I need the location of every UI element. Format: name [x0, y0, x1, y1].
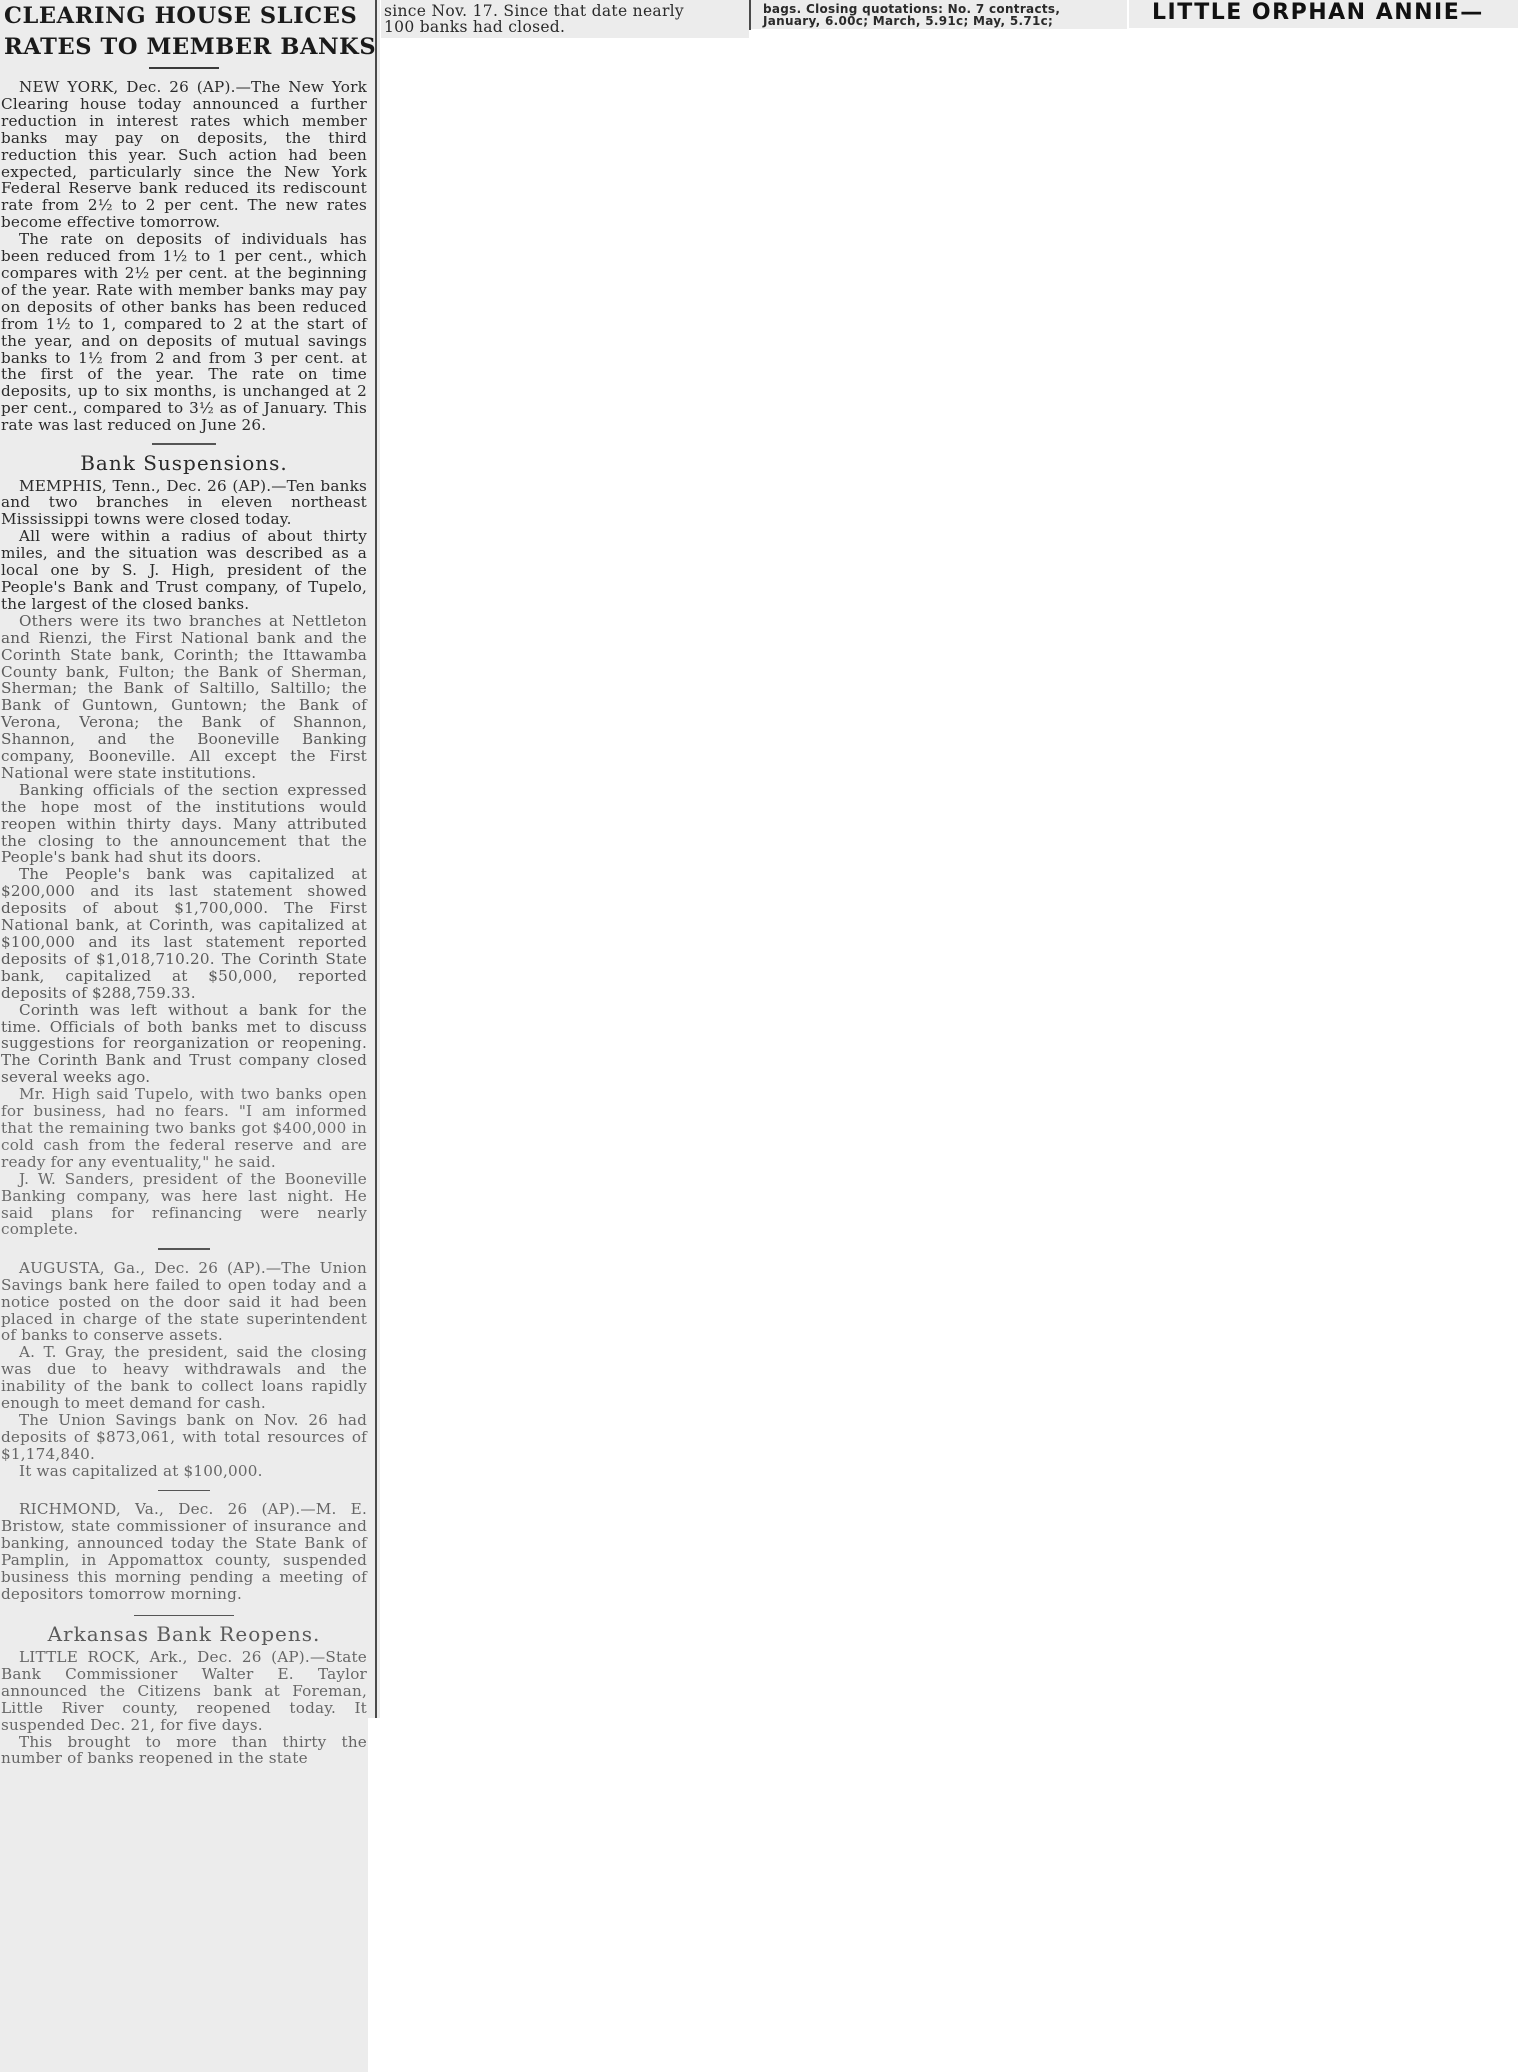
paragraph: RICHMOND, Va., Dec. 26 (AP).—M. E. Brist…: [1, 1501, 367, 1602]
paragraph: MEMPHIS, Tenn., Dec. 26 (AP).—Ten banks …: [1, 478, 367, 529]
paragraph: Others were its two branches at Nettleto…: [1, 613, 367, 782]
column-2-fragment: since Nov. 17. Since that date nearly 10…: [381, 0, 749, 38]
story-little-rock: LITTLE ROCK, Ark., Dec. 26 (AP).—State B…: [1, 1649, 367, 1767]
column-4-fragment: LITTLE ORPHAN ANNIE—: [1129, 0, 1518, 28]
section-divider: [134, 1615, 234, 1617]
subhead-bank-suspensions: Bank Suspensions.: [1, 451, 367, 475]
section-divider: [158, 1248, 210, 1250]
paragraph: LITTLE ROCK, Ark., Dec. 26 (AP).—State B…: [1, 1649, 367, 1734]
story-new-york: NEW YORK, Dec. 26 (AP).—The New York Cle…: [1, 79, 367, 434]
paragraph: This brought to more than thirty the num…: [1, 1734, 367, 1768]
paragraph: Corinth was left without a bank for the …: [1, 1002, 367, 1087]
paragraph: It was capitalized at $100,000.: [1, 1463, 367, 1480]
fragment-line: 100 banks had closed.: [384, 19, 749, 35]
paragraph: AUGUSTA, Ga., Dec. 26 (AP).—The Union Sa…: [1, 1260, 367, 1345]
fragment-line: January, 6.00c; March, 5.91c; May, 5.71c…: [763, 15, 1127, 27]
story-richmond: RICHMOND, Va., Dec. 26 (AP).—M. E. Brist…: [1, 1501, 367, 1602]
section-divider: [152, 443, 216, 445]
subhead-arkansas-bank-reopens: Arkansas Bank Reopens.: [1, 1622, 367, 1646]
paragraph: The Union Savings bank on Nov. 26 had de…: [1, 1412, 367, 1463]
headline-line-2: RATES TO MEMBER BANKS: [4, 33, 367, 62]
headline-divider: [149, 67, 219, 69]
paragraph: All were within a radius of about thirty…: [1, 528, 367, 613]
section-divider: [158, 1490, 210, 1492]
paragraph: Banking officials of the section express…: [1, 782, 367, 867]
column-3-fragment: bags. Closing quotations: No. 7 contract…: [751, 0, 1127, 29]
fragment-line: since Nov. 17. Since that date nearly: [384, 3, 749, 19]
headline-line-1: CLEARING HOUSE SLICES: [4, 2, 367, 31]
paragraph: The People's bank was capitalized at $20…: [1, 866, 367, 1001]
article-clearing-house: CLEARING HOUSE SLICES RATES TO MEMBER BA…: [0, 0, 367, 1767]
paragraph: A. T. Gray, the president, said the clos…: [1, 1344, 367, 1412]
paragraph: The rate on deposits of individuals has …: [1, 231, 367, 434]
paragraph: NEW YORK, Dec. 26 (AP).—The New York Cle…: [1, 79, 367, 231]
story-memphis: MEMPHIS, Tenn., Dec. 26 (AP).—Ten banks …: [1, 478, 367, 1239]
story-augusta: AUGUSTA, Ga., Dec. 26 (AP).—The Union Sa…: [1, 1260, 367, 1480]
paragraph: Mr. High said Tupelo, with two banks ope…: [1, 1086, 367, 1171]
main-column-clipping-lower: [0, 1718, 368, 2072]
comic-headline: LITTLE ORPHAN ANNIE—: [1129, 0, 1518, 26]
paragraph: J. W. Sanders, president of the Boonevil…: [1, 1171, 367, 1239]
column-rule: [375, 0, 377, 1718]
